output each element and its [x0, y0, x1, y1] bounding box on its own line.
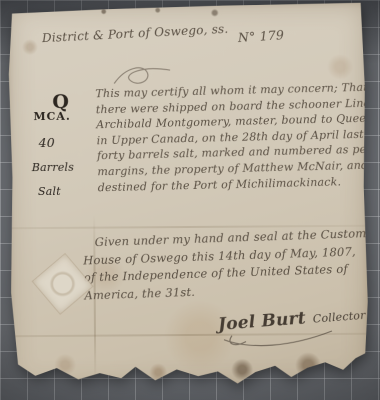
- attestation-paragraph: Given under my hand and seal at the Cust…: [82, 225, 368, 304]
- mark-commodity: Salt: [38, 185, 61, 198]
- district-heading: District & Port of Oswego, ss.: [42, 22, 229, 45]
- document-number: N° 179: [237, 27, 284, 45]
- document-paper: District & Port of Oswego, ss. N° 179 Q …: [8, 3, 369, 388]
- certificate-body: This may certify all whom it may concern…: [95, 79, 380, 195]
- signature-flourish-icon: [220, 323, 340, 350]
- mark-initials: MCA.: [33, 110, 70, 123]
- paper-wrapper: District & Port of Oswego, ss. N° 179 Q …: [8, 3, 369, 388]
- photo-stage: District & Port of Oswego, ss. N° 179 Q …: [0, 0, 380, 400]
- mark-quantity: 40: [39, 135, 55, 150]
- mark-unit: Barrels: [32, 161, 74, 174]
